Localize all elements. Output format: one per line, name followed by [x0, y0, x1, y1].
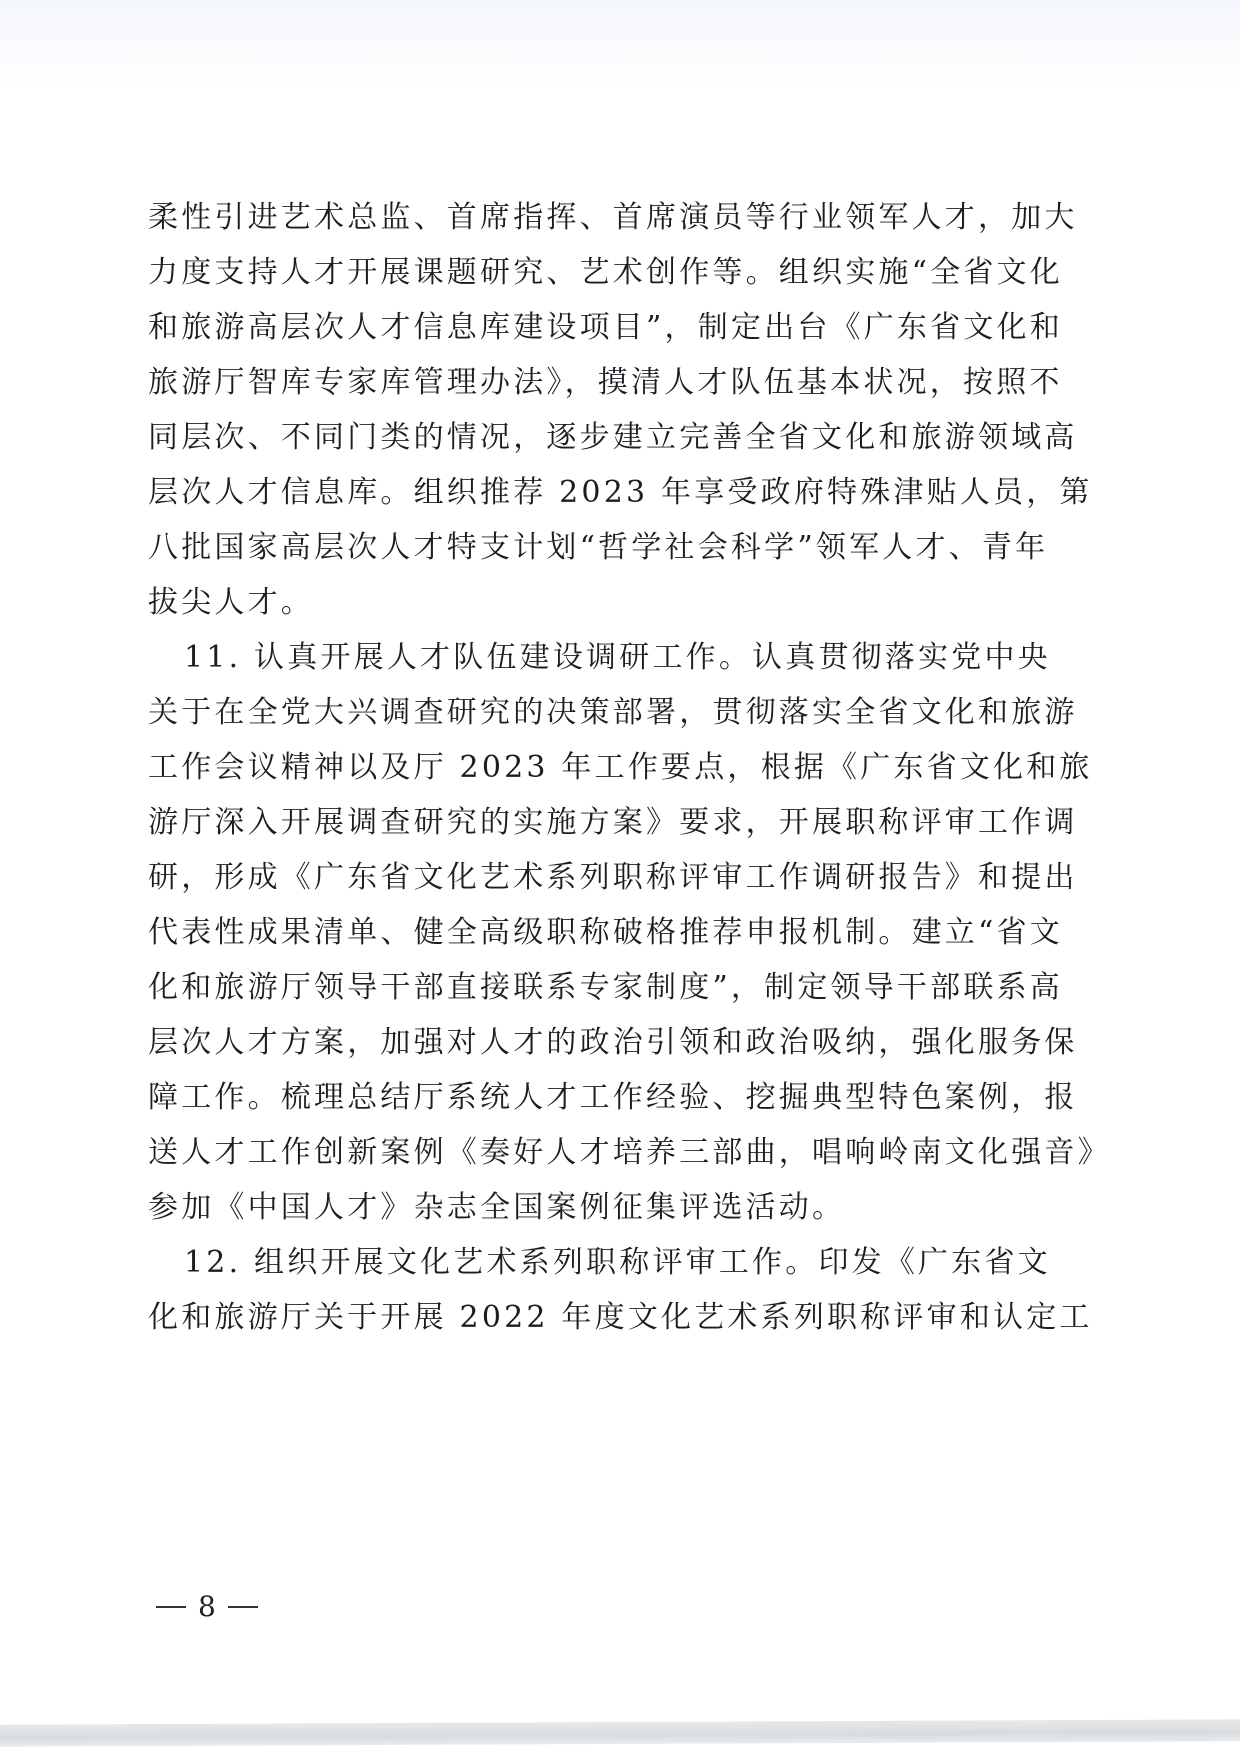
- page-number-footer: 8: [156, 1590, 258, 1623]
- dash-right: [228, 1606, 258, 1608]
- scan-artifact-top: [0, 0, 1240, 90]
- text-line: 送人才工作创新案例《奏好人才培养三部曲，唱响岭南文化强音》: [148, 1125, 970, 1180]
- text-line: 八批国家高层次人才特支计划“哲学社会科学”领军人才、青年: [148, 520, 970, 575]
- text-line: 力度支持人才开展课题研究、艺术创作等。组织实施“全省文化: [148, 245, 970, 300]
- text-line: 和旅游高层次人才信息库建设项目”，制定出台《广东省文化和: [148, 300, 970, 355]
- section-heading-12: 12. 组织开展文化艺术系列职称评审工作。印发《广东省文: [148, 1235, 970, 1290]
- text-line: 关于在全党大兴调查研究的决策部署，贯彻落实全省文化和旅游: [148, 685, 970, 740]
- text-line: 障工作。梳理总结厅系统人才工作经验、挖掘典型特色案例，报: [148, 1070, 970, 1125]
- text-line: 层次人才信息库。组织推荐 2023 年享受政府特殊津贴人员，第: [148, 465, 970, 520]
- text-line: 化和旅游厅领导干部直接联系专家制度”，制定领导干部联系高: [148, 960, 970, 1015]
- text-line: 代表性成果清单、健全高级职称破格推荐申报机制。建立“省文: [148, 905, 970, 960]
- text-line: 游厅深入开展调查研究的实施方案》要求，开展职称评审工作调: [148, 795, 970, 850]
- section-heading-11: 11. 认真开展人才队伍建设调研工作。认真贯彻落实党中央: [148, 630, 970, 685]
- text-line: 工作会议精神以及厅 2023 年工作要点，根据《广东省文化和旅: [148, 740, 970, 795]
- document-body: 柔性引进艺术总监、首席指挥、首席演员等行业领军人才，加大 力度支持人才开展课题研…: [148, 190, 970, 1345]
- text-line: 研，形成《广东省文化艺术系列职称评审工作调研报告》和提出: [148, 850, 970, 905]
- text-line: 柔性引进艺术总监、首席指挥、首席演员等行业领军人才，加大: [148, 190, 970, 245]
- scan-artifact-bottom-bar: [0, 1719, 1240, 1746]
- dash-left: [156, 1606, 186, 1608]
- page-number: 8: [198, 1590, 216, 1623]
- text-line: 同层次、不同门类的情况，逐步建立完善全省文化和旅游领域高: [148, 410, 970, 465]
- text-line: 化和旅游厅关于开展 2022 年度文化艺术系列职称评审和认定工: [148, 1290, 970, 1345]
- text-line: 参加《中国人才》杂志全国案例征集评选活动。: [148, 1180, 970, 1235]
- text-line: 拔尖人才。: [148, 575, 970, 630]
- text-line: 旅游厅智库专家库管理办法》，摸清人才队伍基本状况，按照不: [148, 355, 970, 410]
- text-line: 层次人才方案，加强对人才的政治引领和政治吸纳，强化服务保: [148, 1015, 970, 1070]
